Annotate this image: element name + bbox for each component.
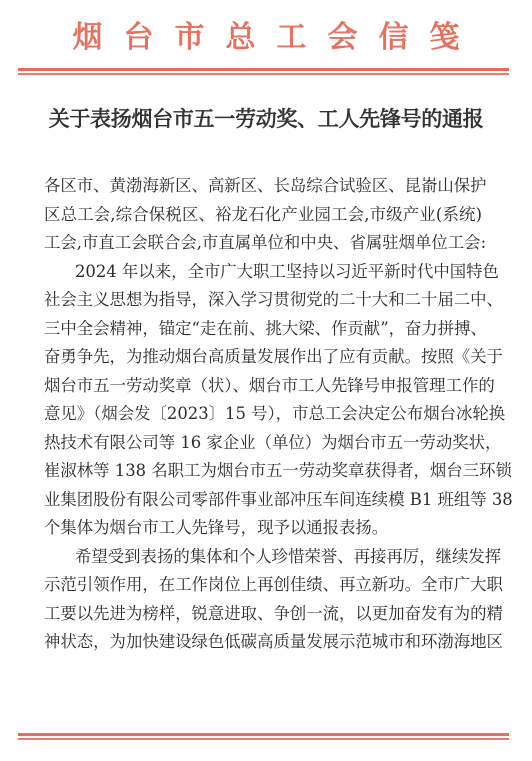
paragraph-line: 崔淑林等 138 名职工为烟台市五一劳动奖章获得者，烟台三环锁 <box>44 457 482 486</box>
paragraph-1: 2024 年以来，全市广大职工坚持以习近平新时代中国特色 社会主义思想为指导，深… <box>44 258 482 543</box>
addressee-block: 各区市、黄渤海新区、高新区、长岛综合试验区、昆嵛山保护 区总工会,综合保税区、裕… <box>44 172 482 258</box>
paragraph-line: 热技术有限公司等 16 家企业（单位）为烟台市五一劳动奖状， <box>44 429 482 458</box>
document-title: 关于表扬烟台市五一劳动奖、工人先锋号的通报 <box>0 104 532 134</box>
divider-thin-line <box>18 73 509 75</box>
paragraph-line: 示范引领作用，在工作岗位上再创佳绩、再立新功。全市广大职 <box>44 571 482 600</box>
paragraph-line: 三中全会精神，锚定“走在前、挑大梁、作贡献”，奋力拼搏、 <box>44 315 482 344</box>
divider-thick-line <box>18 733 509 736</box>
paragraph-2: 希望受到表扬的集体和个人珍惜荣誉、再接再厉，继续发挥 示范引领作用，在工作岗位上… <box>44 543 482 657</box>
paragraph-line: 个集体为烟台市工人先锋号，现予以通报表扬。 <box>44 514 482 543</box>
paragraph-line: 奋勇争先，为推动烟台高质量发展作出了应有贡献。按照《关于 <box>44 343 482 372</box>
paragraph-line: 社会主义思想为指导，深入学习贯彻党的二十大和二十届二中、 <box>44 286 482 315</box>
paragraph-line: 意见》（烟会发〔2023〕15 号），市总工会决定公布烟台冰轮换 <box>44 400 482 429</box>
paragraph-line: 希望受到表扬的集体和个人珍惜荣誉、再接再厉，继续发挥 <box>44 543 482 572</box>
addressee-line: 工会,市直工会联合会,市直属单位和中央、省属驻烟单位工会: <box>44 229 482 258</box>
addressee-line: 区总工会,综合保税区、裕龙石化产业园工会,市级产业(系统) <box>44 201 482 230</box>
divider-thin-line <box>18 738 509 740</box>
paragraph-line: 2024 年以来，全市广大职工坚持以习近平新时代中国特色 <box>44 258 482 287</box>
letterhead-divider <box>18 68 509 75</box>
letterhead-title: 烟台市总工会信笺 <box>0 16 532 60</box>
addressee-line: 各区市、黄渤海新区、高新区、长岛综合试验区、昆嵛山保护 <box>44 172 482 201</box>
divider-thick-line <box>18 68 509 71</box>
footer-divider <box>18 733 509 740</box>
paragraph-line: 工要以先进为榜样，锐意进取、争创一流，以更加奋发有为的精 <box>44 600 482 629</box>
document-body: 各区市、黄渤海新区、高新区、长岛综合试验区、昆嵛山保护 区总工会,综合保税区、裕… <box>44 172 482 657</box>
paragraph-line: 烟台市五一劳动奖章（状）、烟台市工人先锋号申报管理工作的 <box>44 372 482 401</box>
paragraph-line: 业集团股份有限公司零部件事业部冲压车间连续模 B1 班组等 38 <box>44 486 482 515</box>
paragraph-line: 神状态，为加快建设绿色低碳高质量发展示范城市和环渤海地区 <box>44 628 482 657</box>
